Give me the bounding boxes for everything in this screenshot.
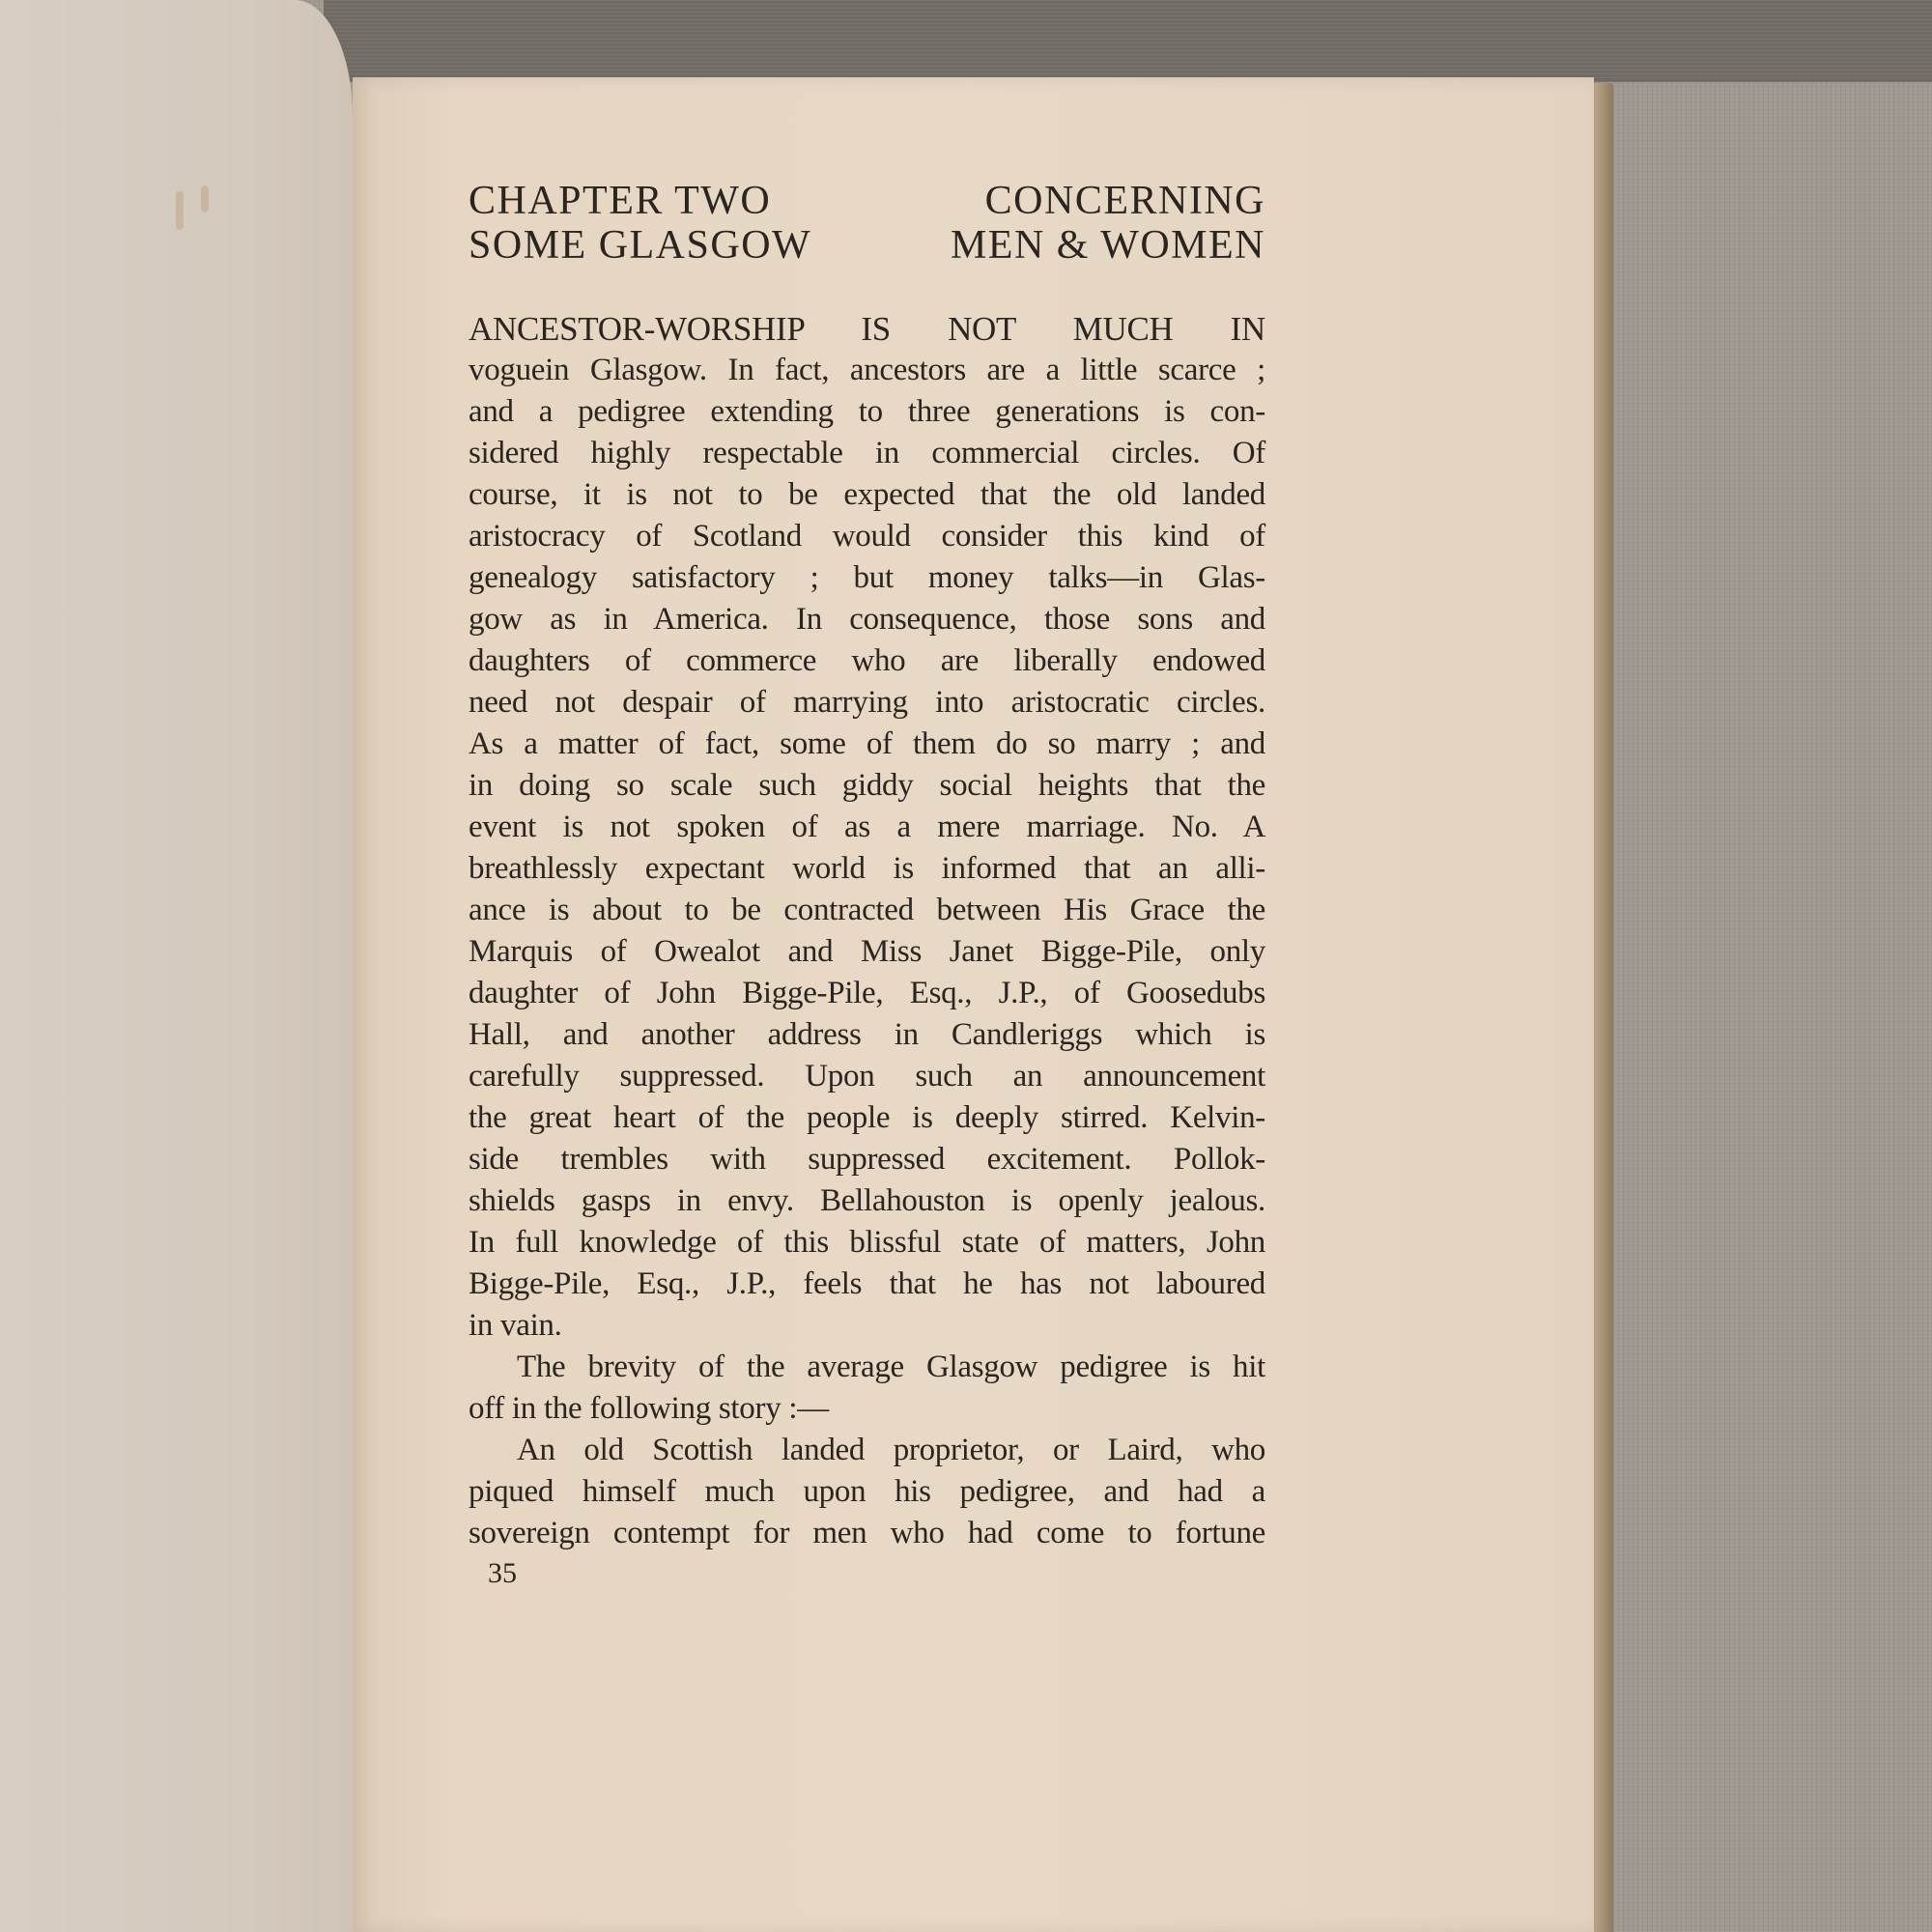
- text-line: sidered highly respectable in commercial…: [469, 433, 1265, 474]
- text-line: The brevity of the average Glasgow pedig…: [469, 1347, 1265, 1388]
- text-line: in vain.: [469, 1305, 1265, 1347]
- text-line: off in the following story :—: [469, 1388, 1265, 1430]
- chapter-heading: CHAPTER TWO CONCERNING SOME GLASGOW MEN …: [469, 179, 1265, 268]
- text-line: gow as in America. In consequence, those…: [469, 599, 1265, 640]
- text-line: ance is about to be contracted between H…: [469, 890, 1265, 931]
- text-line: genealogy satisfactory ; but money talks…: [469, 557, 1265, 599]
- chapter-title-part: MEN & WOMEN: [951, 223, 1265, 268]
- text-line: voguein Glasgow. In fact, ancestors are …: [469, 350, 1265, 391]
- paragraph-2: The brevity of the average Glasgow pedig…: [469, 1347, 1265, 1430]
- text-line: In full knowledge of this blissful state…: [469, 1222, 1265, 1264]
- left-page-blank: [0, 0, 353, 1932]
- text-line: aristocracy of Scotland would consider t…: [469, 516, 1265, 557]
- text-line: event is not spoken of as a mere marriag…: [469, 807, 1265, 848]
- cloth-background: [324, 0, 1932, 82]
- text-line: course, it is not to be expected that th…: [469, 474, 1265, 516]
- text-line: piqued himself much upon his pedigree, a…: [469, 1471, 1265, 1513]
- text-line: ANCESTOR-WORSHIP IS NOT MUCH IN: [469, 308, 1265, 350]
- chapter-title-part: SOME GLASGOW: [469, 223, 811, 268]
- text-line: and a pedigree extending to three genera…: [469, 391, 1265, 433]
- text-line: sovereign contempt for men who had come …: [469, 1513, 1265, 1554]
- text-line: daughters of commerce who are liberally …: [469, 640, 1265, 682]
- text-line: shields gasps in envy. Bellahouston is o…: [469, 1180, 1265, 1222]
- paper-stain: [201, 185, 209, 213]
- text-line: Hall, and another address in Candleriggs…: [469, 1014, 1265, 1056]
- text-line: Marquis of Owealot and Miss Janet Bigge-…: [469, 931, 1265, 973]
- text-line: in doing so scale such giddy social heig…: [469, 765, 1265, 807]
- page-number: 35: [488, 1557, 517, 1590]
- text-line: Bigge-Pile, Esq., J.P., feels that he ha…: [469, 1264, 1265, 1305]
- text-line: As a matter of fact, some of them do so …: [469, 724, 1265, 765]
- paragraph-3: An old Scottish landed proprietor, or La…: [469, 1430, 1265, 1554]
- text-line: breathlessly expectant world is informed…: [469, 848, 1265, 890]
- text-line: the great heart of the people is deeply …: [469, 1097, 1265, 1139]
- paragraph-1: ANCESTOR-WORSHIP IS NOT MUCH IN voguein …: [469, 308, 1265, 1347]
- chapter-label: CHAPTER TWO: [469, 179, 771, 223]
- page-text: CHAPTER TWO CONCERNING SOME GLASGOW MEN …: [469, 179, 1265, 1554]
- text-line: need not despair of marrying into aristo…: [469, 682, 1265, 724]
- chapter-title-part: CONCERNING: [985, 179, 1265, 223]
- text-line: side trembles with suppressed excitement…: [469, 1139, 1265, 1180]
- paper-stain: [176, 191, 184, 230]
- text-line: daughter of John Bigge-Pile, Esq., J.P.,…: [469, 973, 1265, 1014]
- text-line: carefully suppressed. Upon such an annou…: [469, 1056, 1265, 1097]
- text-line: An old Scottish landed proprietor, or La…: [469, 1430, 1265, 1471]
